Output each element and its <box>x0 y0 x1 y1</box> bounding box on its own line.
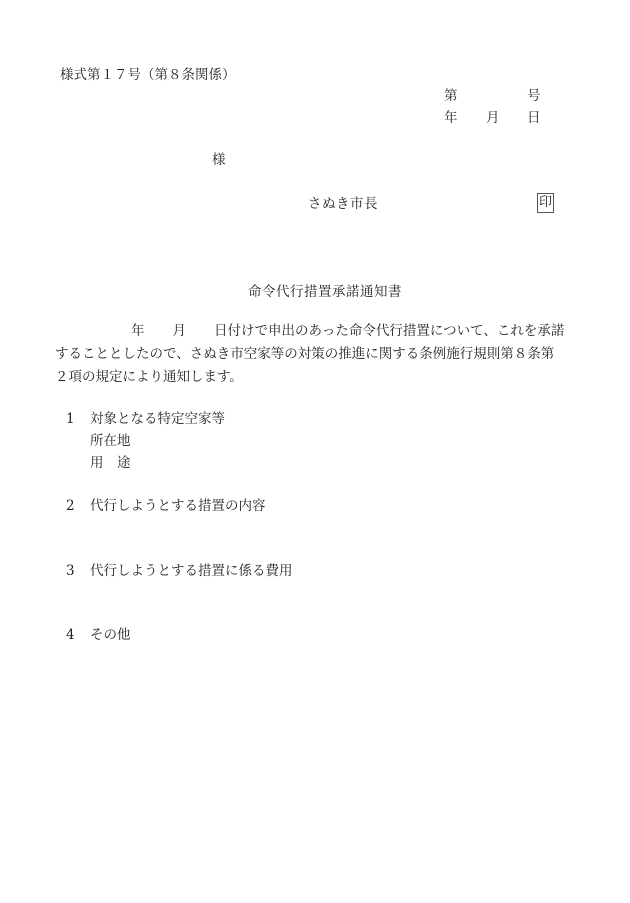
seal-mark: 印 <box>537 193 554 213</box>
item-number: 3 <box>66 563 75 579</box>
body-line-1-text: 日付けで申出のあった命令代行措置について、これを承諾 <box>214 323 564 339</box>
body-year: 年 <box>131 323 145 339</box>
body-month: 月 <box>173 323 187 339</box>
document-title: 命令代行措置承諾通知書 <box>248 284 402 300</box>
body-paragraph: 年月日付けで申出のあった命令代行措置について、これを承諾 することとしたので、さ… <box>59 320 579 389</box>
doc-number-prefix: 第 <box>444 88 458 104</box>
item-number: 4 <box>66 627 75 643</box>
date-day: 日 <box>527 110 541 126</box>
item-sub-location: 所在地 <box>90 433 131 449</box>
item-label: 代行しようとする措置の内容 <box>90 498 266 514</box>
body-line-2: することとしたので、さぬき市空家等の対策の推進に関する条例施行規則第８条第 <box>55 343 579 366</box>
issuer-name: さぬき市長 <box>308 196 378 212</box>
date-month: 月 <box>486 110 500 126</box>
item-number: 1 <box>66 411 75 427</box>
addressee-suffix: 様 <box>212 152 226 168</box>
body-line-1: 年月日付けで申出のあった命令代行措置について、これを承諾 <box>59 320 579 343</box>
doc-number-suffix: 号 <box>527 88 541 104</box>
item-label: その他 <box>90 627 131 643</box>
date-year: 年 <box>444 110 458 126</box>
body-line-3: ２項の規定により通知します。 <box>55 366 579 389</box>
item-label: 対象となる特定空家等 <box>90 411 225 427</box>
form-number: 様式第１７号（第８条関係） <box>60 67 236 83</box>
item-sub-use: 用 途 <box>90 455 131 471</box>
item-label: 代行しようとする措置に係る費用 <box>90 563 293 579</box>
item-number: 2 <box>66 498 75 514</box>
